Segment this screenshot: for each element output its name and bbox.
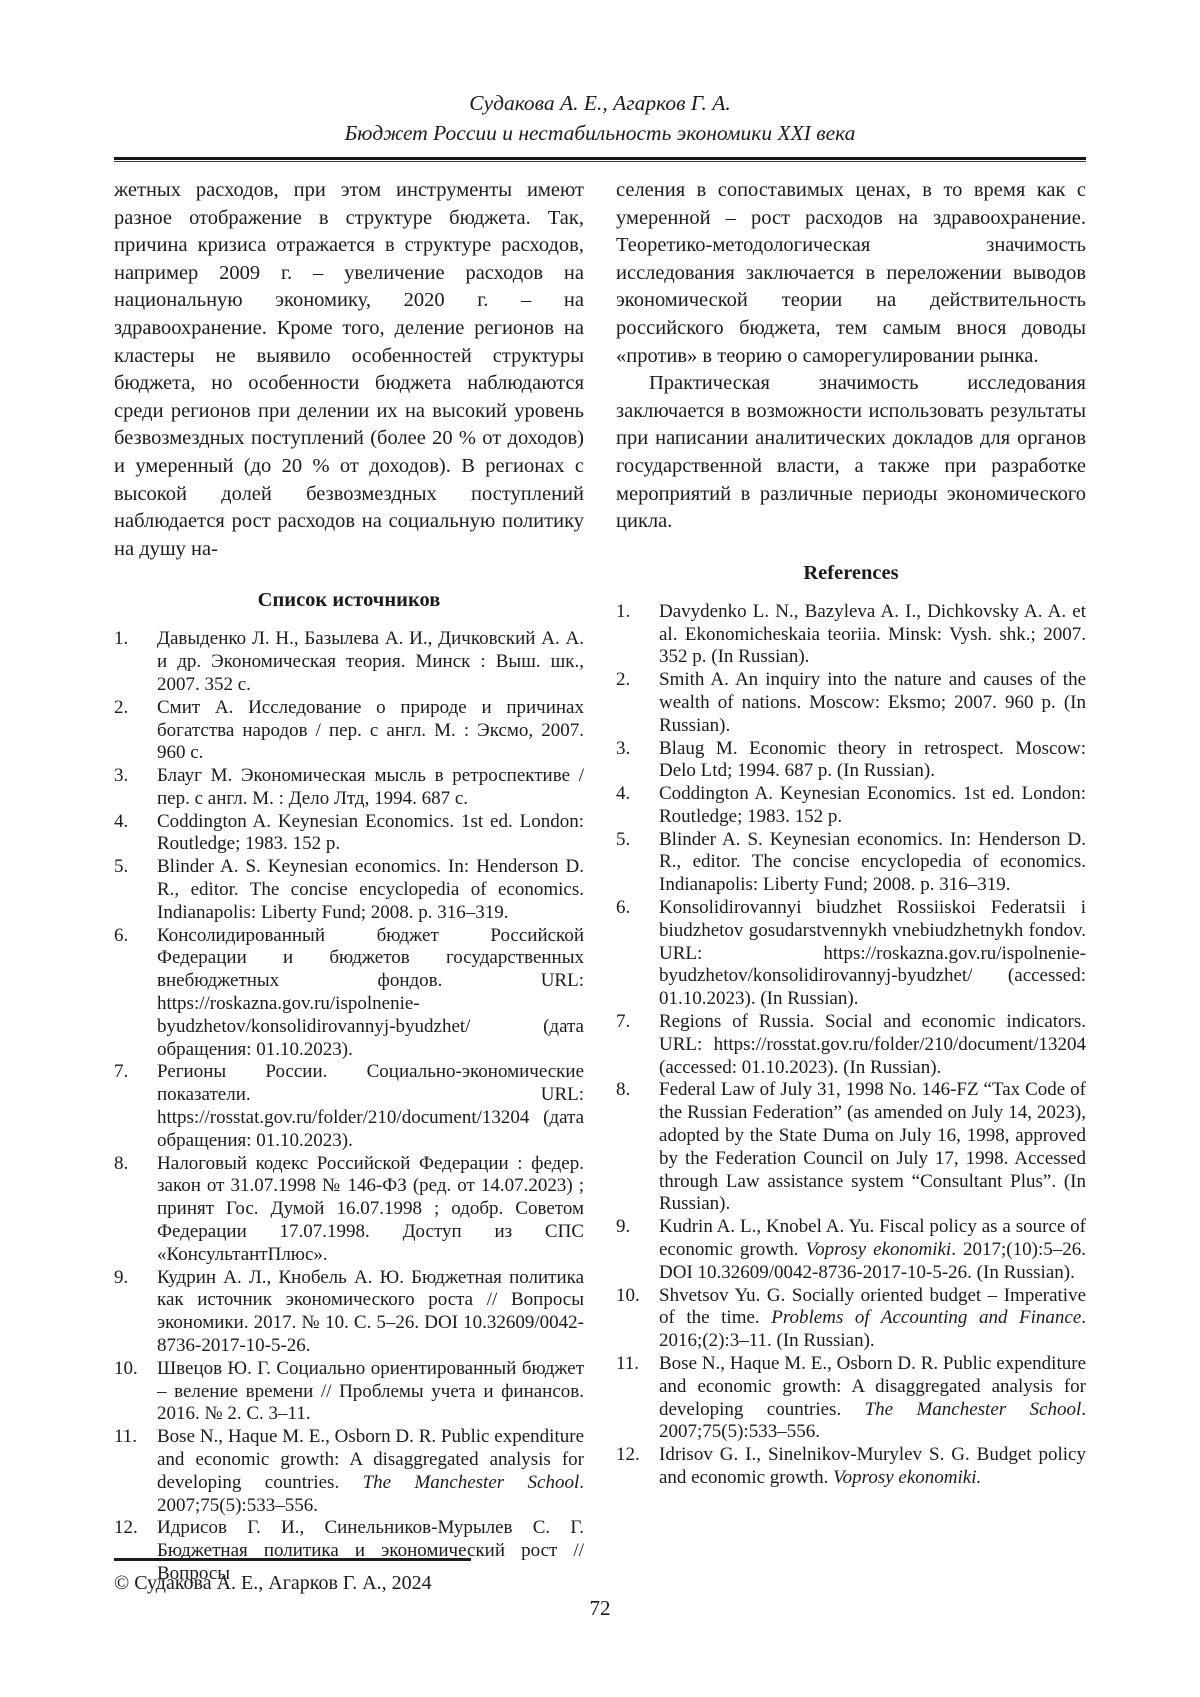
reference-number: 5. bbox=[114, 856, 157, 879]
reference-text: Консолидированный бюджет Российской Феде… bbox=[157, 925, 584, 1062]
reference-number: 1. bbox=[114, 628, 157, 651]
running-head: Судакова А. Е., Агарков Г. А. Бюджет Рос… bbox=[114, 88, 1086, 148]
reference-item: 2.Smith A. An inquiry into the nature an… bbox=[616, 669, 1086, 737]
reference-item: 5.Blinder A. S. Keynesian economics. In:… bbox=[114, 856, 584, 924]
reference-number: 8. bbox=[114, 1153, 157, 1176]
reference-item: 5.Blinder A. S. Keynesian economics. In:… bbox=[616, 829, 1086, 897]
page-number: 72 bbox=[0, 1596, 1200, 1621]
section-title-references: References bbox=[616, 562, 1086, 585]
reference-text: Давыденко Л. Н., Базылева А. И., Дичковс… bbox=[157, 628, 584, 696]
reference-item: 11.Bose N., Haque M. E., Osborn D. R. Pu… bbox=[616, 1353, 1086, 1444]
reference-number: 7. bbox=[616, 1011, 659, 1034]
reference-text: Kudrin A. L., Knobel A. Yu. Fiscal polic… bbox=[659, 1216, 1086, 1284]
reference-number: 5. bbox=[616, 829, 659, 852]
reference-item: 10.Shvetsov Yu. G. Socially oriented bud… bbox=[616, 1285, 1086, 1353]
page-footer: © Судакова А. Е., Агарков Г. А., 2024 bbox=[114, 1558, 494, 1595]
reference-text: Konsolidirovannyi biudzhet Rossiiskoi Fe… bbox=[659, 897, 1086, 1011]
reference-text: Davydenko L. N., Bazyleva A. I., Dichkov… bbox=[659, 601, 1086, 669]
running-head-title: Бюджет России и нестабильность экономики… bbox=[114, 118, 1086, 148]
reference-number: 6. bbox=[114, 925, 157, 948]
reference-text: Кудрин А. Л., Кнобель А. Ю. Бюджетная по… bbox=[157, 1267, 584, 1358]
header-rule bbox=[114, 157, 1086, 162]
reference-item: 1.Давыденко Л. Н., Базылева А. И., Дичко… bbox=[114, 628, 584, 696]
reference-item: 3.Blaug M. Economic theory in retrospect… bbox=[616, 738, 1086, 784]
reference-text: Regions of Russia. Social and economic i… bbox=[659, 1011, 1086, 1079]
two-column-body: жетных расходов, при этом инструменты им… bbox=[114, 177, 1086, 1586]
reference-item: 12.Idrisov G. I., Sinelnikov-Murylev S. … bbox=[616, 1444, 1086, 1490]
reference-number: 3. bbox=[616, 738, 659, 761]
reference-text: Blinder A. S. Keynesian economics. In: H… bbox=[659, 829, 1086, 897]
reference-number: 10. bbox=[114, 1358, 157, 1381]
reference-item: 3.Блауг М. Экономическая мысль в ретросп… bbox=[114, 765, 584, 811]
footer-rule bbox=[114, 1558, 471, 1561]
reference-text: Coddington A. Keynesian Economics. 1st e… bbox=[659, 783, 1086, 829]
body-paragraph-right-2: Практическая значимость исследования зак… bbox=[616, 370, 1086, 536]
reference-text: Налоговый кодекс Российской Федерации : … bbox=[157, 1153, 584, 1267]
reference-item: 2.Смит А. Исследование о природе и причи… bbox=[114, 697, 584, 765]
reference-number: 9. bbox=[114, 1267, 157, 1290]
running-head-authors: Судакова А. Е., Агарков Г. А. bbox=[114, 88, 1086, 118]
reference-number: 12. bbox=[616, 1444, 659, 1467]
reference-item: 7.Regions of Russia. Social and economic… bbox=[616, 1011, 1086, 1079]
reference-number: 1. bbox=[616, 601, 659, 624]
reference-text: Federal Law of July 31, 1998 No. 146-FZ … bbox=[659, 1079, 1086, 1216]
journal-page: Судакова А. Е., Агарков Г. А. Бюджет Рос… bbox=[0, 0, 1200, 1697]
reference-item: 11.Bose N., Haque M. E., Osborn D. R. Pu… bbox=[114, 1426, 584, 1517]
reference-text: Smith A. An inquiry into the nature and … bbox=[659, 669, 1086, 737]
reference-text: Bose N., Haque M. E., Osborn D. R. Publi… bbox=[157, 1426, 584, 1517]
reference-item: 9.Кудрин А. Л., Кнобель А. Ю. Бюджетная … bbox=[114, 1267, 584, 1358]
copyright-notice: © Судакова А. Е., Агарков Г. А., 2024 bbox=[114, 1571, 494, 1595]
reference-text: Регионы России. Социально-экономические … bbox=[157, 1061, 584, 1152]
reference-number: 8. bbox=[616, 1079, 659, 1102]
reference-text: Смит А. Исследование о природе и причина… bbox=[157, 697, 584, 765]
reference-number: 4. bbox=[114, 811, 157, 834]
reference-item: 8.Federal Law of July 31, 1998 No. 146-F… bbox=[616, 1079, 1086, 1216]
reference-text: Швецов Ю. Г. Социально ориентированный б… bbox=[157, 1358, 584, 1426]
reference-text: Blinder A. S. Keynesian economics. In: H… bbox=[157, 856, 584, 924]
section-title-sources: Список источников bbox=[114, 589, 584, 612]
reference-text: Блауг М. Экономическая мысль в ретроспек… bbox=[157, 765, 584, 811]
reference-item: 6.Konsolidirovannyi biudzhet Rossiiskoi … bbox=[616, 897, 1086, 1011]
reference-text: Coddington A. Keynesian Economics. 1st e… bbox=[157, 811, 584, 857]
reference-item: 1.Davydenko L. N., Bazyleva A. I., Dichk… bbox=[616, 601, 1086, 669]
reference-item: 7.Регионы России. Социально-экономически… bbox=[114, 1061, 584, 1152]
page-content: Судакова А. Е., Агарков Г. А. Бюджет Рос… bbox=[114, 88, 1086, 1586]
reference-item: 8.Налоговый кодекс Российской Федерации … bbox=[114, 1153, 584, 1267]
reference-text: Shvetsov Yu. G. Socially oriented budget… bbox=[659, 1285, 1086, 1353]
reference-text: Blaug M. Economic theory in retrospect. … bbox=[659, 738, 1086, 784]
reference-item: 10.Швецов Ю. Г. Социально ориентированны… bbox=[114, 1358, 584, 1426]
left-column: жетных расходов, при этом инструменты им… bbox=[114, 177, 584, 1586]
reference-number: 7. bbox=[114, 1061, 157, 1084]
right-column: селения в сопоставимых ценах, в то время… bbox=[616, 177, 1086, 1586]
reference-number: 10. bbox=[616, 1285, 659, 1308]
sources-list: 1.Давыденко Л. Н., Базылева А. И., Дичко… bbox=[114, 628, 584, 1585]
reference-text: Bose N., Haque M. E., Osborn D. R. Publi… bbox=[659, 1353, 1086, 1444]
reference-item: 9.Kudrin A. L., Knobel A. Yu. Fiscal pol… bbox=[616, 1216, 1086, 1284]
reference-number: 11. bbox=[114, 1426, 157, 1449]
body-paragraph-right-1: селения в сопоставимых ценах, в то время… bbox=[616, 177, 1086, 370]
reference-number: 6. bbox=[616, 897, 659, 920]
reference-item: 6.Консолидированный бюджет Российской Фе… bbox=[114, 925, 584, 1062]
reference-item: 4.Coddington A. Keynesian Economics. 1st… bbox=[616, 783, 1086, 829]
reference-number: 11. bbox=[616, 1353, 659, 1376]
references-list: 1.Davydenko L. N., Bazyleva A. I., Dichk… bbox=[616, 601, 1086, 1490]
reference-number: 9. bbox=[616, 1216, 659, 1239]
reference-number: 2. bbox=[114, 697, 157, 720]
reference-item: 4.Coddington A. Keynesian Economics. 1st… bbox=[114, 811, 584, 857]
reference-number: 4. bbox=[616, 783, 659, 806]
reference-number: 2. bbox=[616, 669, 659, 692]
reference-number: 3. bbox=[114, 765, 157, 788]
reference-text: Idrisov G. I., Sinelnikov-Murylev S. G. … bbox=[659, 1444, 1086, 1490]
reference-number: 12. bbox=[114, 1517, 157, 1540]
body-paragraph-left: жетных расходов, при этом инструменты им… bbox=[114, 177, 584, 563]
